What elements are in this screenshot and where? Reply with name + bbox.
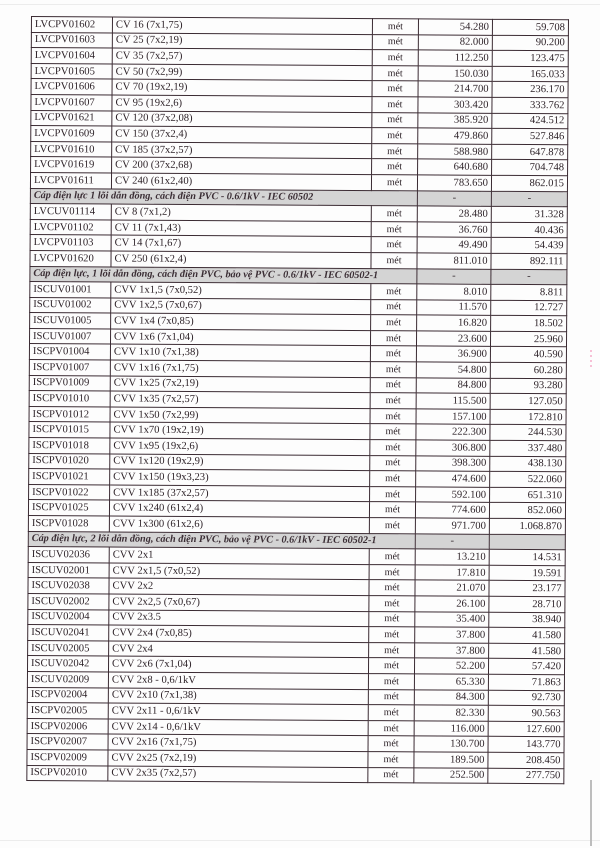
unit: mét — [371, 252, 417, 268]
unit-price-vat: 92.730 — [488, 690, 564, 706]
unit-price-vat: 38.940 — [489, 612, 565, 628]
product-code: ISCPV02005 — [27, 703, 108, 719]
unit-price-vat: 647.878 — [492, 144, 568, 160]
product-code: LVCPV01610 — [31, 141, 112, 157]
product-code: ISCUV02005 — [28, 640, 109, 656]
product-code: ISCPV01025 — [28, 500, 109, 516]
unit-price-vat: 31.328 — [491, 206, 567, 222]
unit-price: 971.700 — [415, 518, 489, 534]
product-code: LVCPV01603 — [31, 32, 112, 48]
product-code: ISCPV01012 — [29, 406, 110, 422]
unit-price-vat: 123.475 — [492, 51, 568, 67]
product-code: ISCPV01020 — [29, 453, 110, 469]
unit-price: 54.280 — [418, 19, 492, 35]
unit: mét — [368, 689, 414, 705]
product-code: ISCPV01010 — [29, 391, 110, 407]
product-description: CVV 1x1,5 (7x0,52) — [111, 282, 371, 299]
product-description: CVV 1x25 (7x2,19) — [110, 376, 370, 393]
unit-price-vat: 527.846 — [492, 128, 568, 144]
product-description: CVV 1x50 (7x2,99) — [110, 407, 370, 424]
product-description: CVV 1x95 (19x2,6) — [110, 438, 370, 455]
product-description: CV 50 (7x2,99) — [112, 64, 372, 81]
unit-price-vat: 438.130 — [490, 456, 566, 472]
unit-price-vat: 172.810 — [490, 409, 566, 425]
unit-price: 37.800 — [415, 643, 489, 659]
product-description: CVV 2x1 — [109, 547, 369, 564]
product-code: ISCPV01009 — [29, 375, 110, 391]
product-code: LVCPV01619 — [31, 157, 112, 173]
product-description: CVV 1x6 (7x1,04) — [110, 329, 370, 346]
product-description: CVV 2x4 — [109, 641, 369, 658]
unit-price: 150.030 — [418, 66, 492, 82]
unit-price-vat: 19.591 — [489, 565, 565, 581]
product-description: CVV 2x6 (7x1,04) — [108, 656, 368, 673]
unit-price: 474.600 — [416, 471, 490, 487]
unit-price: 21.070 — [415, 580, 489, 596]
unit: mét — [372, 159, 418, 175]
unit: mét — [370, 424, 416, 440]
unit: mét — [371, 175, 417, 191]
product-code: ISCUV02009 — [27, 671, 108, 687]
unit: mét — [368, 705, 414, 721]
unit-price: 26.100 — [415, 596, 489, 612]
unit-price-vat: 71.863 — [488, 674, 564, 690]
unit-price: 783.650 — [417, 175, 491, 191]
unit: mét — [370, 471, 416, 487]
unit: mét — [368, 767, 414, 783]
unit: mét — [370, 486, 416, 502]
section-vat-mark — [489, 534, 565, 550]
product-code: ISCUV02041 — [28, 625, 109, 641]
unit-price-vat: 59.708 — [492, 19, 568, 35]
product-code: ISCUV02038 — [28, 578, 109, 594]
unit-price-vat: 90.200 — [492, 35, 568, 51]
product-description: CVV 2x10 (7x1,38) — [108, 688, 368, 705]
unit-price-vat: 14.531 — [489, 549, 565, 565]
unit-price-vat: 236.170 — [492, 82, 568, 98]
unit-price-vat: 244.530 — [490, 425, 566, 441]
product-code: ISCPV01007 — [29, 360, 110, 376]
product-description: CVV 1x120 (19x2,9) — [110, 454, 370, 471]
unit-price-vat: 337.480 — [490, 440, 566, 456]
unit: mét — [371, 206, 417, 222]
product-description: CVV 2x16 (7x1,75) — [108, 734, 368, 751]
product-description: CVV 1x150 (19x3,23) — [110, 469, 370, 486]
unit-price-vat: 18.502 — [491, 316, 567, 332]
unit-price-vat: 143.770 — [488, 737, 564, 753]
product-description: CVV 1x300 (61x2,6) — [109, 516, 369, 533]
unit: mét — [369, 564, 415, 580]
product-code: ISCUV02042 — [27, 656, 108, 672]
unit-price: 28.480 — [417, 206, 491, 222]
unit: mét — [369, 580, 415, 596]
unit-price-vat: 60.280 — [490, 362, 566, 378]
unit-price: 640.680 — [418, 159, 492, 175]
product-description: CVV 1x4 (7x0,85) — [111, 313, 371, 330]
product-code: ISCPV01021 — [29, 469, 110, 485]
unit-price: 214.700 — [418, 81, 492, 97]
unit-price: 115.500 — [416, 393, 490, 409]
unit: mét — [372, 19, 418, 35]
product-description: CVV 2x8 - 0,6/1kV — [108, 672, 368, 689]
unit-price: 16.820 — [417, 315, 491, 331]
product-code: LVCPV01611 — [30, 172, 111, 188]
product-description: CVV 2x1,5 (7x0,52) — [109, 563, 369, 580]
unit-price: 189.500 — [414, 752, 488, 768]
product-code: LVCPV01609 — [31, 126, 112, 142]
section-price-mark: - — [417, 268, 491, 284]
unit-price-vat: 522.060 — [490, 472, 566, 488]
unit-price: 37.800 — [415, 627, 489, 643]
scan-artifact — [590, 780, 592, 846]
unit: mét — [369, 596, 415, 612]
unit-price-vat: 208.450 — [488, 752, 564, 768]
unit: mét — [369, 642, 415, 658]
unit-price: 588.980 — [418, 144, 492, 160]
product-description: CVV 1x35 (7x2,57) — [110, 391, 370, 408]
unit: mét — [372, 34, 418, 50]
unit: mét — [371, 299, 417, 315]
unit-price-vat: 40.590 — [490, 347, 566, 363]
unit: mét — [372, 143, 418, 159]
unit: mét — [370, 330, 416, 346]
unit-price: 592.100 — [416, 487, 490, 503]
unit-price-vat: 127.600 — [488, 721, 564, 737]
price-table-body: LVCPV01602CV 16 (7x1,75)mét54.28059.708L… — [27, 17, 569, 784]
unit: mét — [369, 627, 415, 643]
unit-price: 17.810 — [415, 565, 489, 581]
unit-price-vat: 333.762 — [492, 97, 568, 113]
unit: mét — [370, 393, 416, 409]
unit: mét — [370, 346, 416, 362]
page-top-edge — [0, 4, 600, 5]
product-code: ISCUV01002 — [30, 297, 111, 313]
unit-price-vat: 40.436 — [491, 222, 567, 238]
unit-price-vat: 57.420 — [488, 659, 564, 675]
unit-price-vat: 277.750 — [488, 768, 564, 784]
unit: mét — [368, 658, 414, 674]
unit-price: 306.800 — [416, 440, 490, 456]
product-description: CVV 2x4 (7x0,85) — [109, 625, 369, 642]
unit: mét — [372, 128, 418, 144]
unit: mét — [372, 81, 418, 97]
product-code: LVCPV01606 — [31, 79, 112, 95]
product-description: CV 8 (7x1,2) — [111, 204, 371, 221]
product-code: LVCPV01621 — [31, 110, 112, 126]
unit-price: 774.600 — [415, 502, 489, 518]
table-row: ISCPV02010CVV 2x35 (7x2,57)mét252.500277… — [27, 765, 564, 784]
product-description: CVV 2x25 (7x2,19) — [108, 750, 368, 767]
product-code: ISCPV02006 — [27, 718, 108, 734]
product-code: ISCUV01001 — [30, 282, 111, 298]
product-code: LVCPV01102 — [30, 219, 111, 235]
unit-price: 65.330 — [414, 674, 488, 690]
product-code: ISCPV02004 — [27, 687, 108, 703]
unit-price-vat: 12.727 — [491, 300, 567, 316]
unit-price-vat: 28.710 — [489, 596, 565, 612]
unit-price-vat: 23.177 — [489, 581, 565, 597]
product-description: CVV 2x2 — [109, 578, 369, 595]
unit-price: 157.100 — [416, 409, 490, 425]
unit-price: 54.800 — [416, 362, 490, 378]
unit: mét — [371, 284, 417, 300]
product-description: CVV 1x240 (61x2,4) — [109, 500, 369, 517]
unit-price: 11.570 — [417, 300, 491, 316]
product-description: CV 14 (7x1,67) — [111, 235, 371, 252]
product-description: CV 70 (19x2,19) — [112, 79, 372, 96]
unit-price-vat: 8.811 — [491, 284, 567, 300]
unit: mét — [371, 221, 417, 237]
unit-price: 82.330 — [414, 705, 488, 721]
product-description: CV 150 (37x2,4) — [112, 126, 372, 143]
unit: mét — [369, 502, 415, 518]
section-vat-mark: - — [491, 269, 567, 285]
product-description: CVV 2x14 - 0,6/1kV — [108, 719, 368, 736]
unit-price-vat: 892.111 — [491, 253, 567, 269]
product-code: ISCPV02007 — [27, 734, 108, 750]
section-price-mark: - — [417, 190, 491, 206]
page-bottom-edge — [0, 840, 600, 841]
product-code: ISCUV02001 — [28, 562, 109, 578]
product-description: CV 35 (7x2,57) — [112, 48, 372, 65]
product-description: CV 120 (37x2,08) — [112, 111, 372, 128]
unit-price: 252.500 — [414, 767, 488, 783]
product-code: LVCPV01103 — [30, 235, 111, 251]
product-code: ISCPV02010 — [27, 765, 108, 781]
product-description: CV 250 (61x2,4) — [111, 251, 371, 268]
scan-artifact — [590, 350, 592, 370]
unit-price: 479.860 — [418, 128, 492, 144]
product-code: ISCPV01028 — [28, 515, 109, 531]
product-description: CVV 1x185 (37x2,57) — [110, 485, 370, 502]
unit-price-vat: 424.512 — [492, 113, 568, 129]
product-code: LVCPV01604 — [31, 48, 112, 64]
unit-price: 398.300 — [416, 455, 490, 471]
unit-price: 84.300 — [414, 689, 488, 705]
product-description: CV 25 (7x2,19) — [112, 33, 372, 50]
unit-price: 84.800 — [416, 378, 490, 394]
product-code: ISCUV02036 — [28, 547, 109, 563]
product-description: CVV 2x2,5 (7x0,67) — [109, 594, 369, 611]
unit-price-vat: 93.280 — [490, 378, 566, 394]
unit: mét — [368, 751, 414, 767]
unit-price-vat: 41.580 — [489, 627, 565, 643]
unit: mét — [371, 237, 417, 253]
unit: mét — [368, 720, 414, 736]
product-code: ISCUV01007 — [29, 328, 110, 344]
unit: mét — [370, 408, 416, 424]
product-code: LVCUV01114 — [30, 204, 111, 220]
unit-price-vat: 852.060 — [489, 503, 565, 519]
unit-price: 130.700 — [414, 736, 488, 752]
product-code: ISCUV02002 — [28, 593, 109, 609]
section-price-mark: - — [415, 533, 489, 549]
unit-price: 303.420 — [418, 97, 492, 113]
product-code: LVCPV01620 — [30, 250, 111, 266]
unit-price: 8.010 — [417, 284, 491, 300]
product-description: CVV 2x35 (7x2,57) — [108, 765, 368, 782]
product-description: CV 16 (7x1,75) — [112, 17, 372, 34]
product-description: CVV 2x11 - 0,6/1kV — [108, 703, 368, 720]
unit-price: 49.490 — [417, 237, 491, 253]
unit-price: 385.920 — [418, 112, 492, 128]
unit-price: 82.000 — [418, 34, 492, 50]
product-description: CVV 1x10 (7x1,38) — [110, 344, 370, 361]
product-description: CV 11 (7x1,43) — [111, 220, 371, 237]
unit: mét — [370, 377, 416, 393]
product-code: LVCPV01605 — [31, 63, 112, 79]
product-description: CV 95 (19x2,6) — [112, 95, 372, 112]
unit: mét — [369, 518, 415, 534]
product-description: CV 200 (37x2,68) — [112, 157, 372, 174]
product-description: CVV 2x3.5 — [109, 610, 369, 627]
product-code: LVCPV01607 — [31, 94, 112, 110]
unit: mét — [372, 112, 418, 128]
unit-price-vat: 651.310 — [490, 487, 566, 503]
unit: mét — [371, 315, 417, 331]
unit-price: 52.200 — [414, 658, 488, 674]
product-description: CV 240 (61x2,40) — [111, 173, 371, 190]
unit-price: 811.010 — [417, 253, 491, 269]
unit: mét — [370, 440, 416, 456]
product-code: ISCPV02009 — [27, 749, 108, 765]
unit: mét — [368, 674, 414, 690]
unit-price-vat: 862.015 — [491, 175, 567, 191]
product-code: LVCPV01602 — [31, 17, 112, 33]
unit-price-vat: 127.050 — [490, 394, 566, 410]
unit-price: 36.900 — [416, 346, 490, 362]
unit: mét — [372, 97, 418, 113]
unit-price-vat: 704.748 — [492, 160, 568, 176]
unit-price: 112.250 — [418, 50, 492, 66]
unit-price: 116.000 — [414, 721, 488, 737]
unit: mét — [369, 611, 415, 627]
unit-price: 36.760 — [417, 222, 491, 238]
product-code: ISCUV01005 — [30, 313, 111, 329]
unit-price: 13.210 — [415, 549, 489, 565]
unit-price-vat: 90.563 — [488, 705, 564, 721]
product-code: ISCUV02004 — [28, 609, 109, 625]
unit-price-vat: 165.033 — [492, 66, 568, 82]
product-code: ISCPV01004 — [29, 344, 110, 360]
unit: mét — [369, 549, 415, 565]
unit-price-vat: 41.580 — [489, 643, 565, 659]
product-description: CVV 1x2,5 (7x0,67) — [111, 298, 371, 315]
product-code: ISCPV01015 — [29, 422, 110, 438]
product-description: CVV 1x70 (19x2,19) — [110, 422, 370, 439]
unit-price: 35.400 — [415, 611, 489, 627]
unit: mét — [372, 65, 418, 81]
product-description: CVV 1x16 (7x1,75) — [110, 360, 370, 377]
product-description: CV 185 (37x2,57) — [112, 142, 372, 159]
unit-price: 222.300 — [416, 424, 490, 440]
unit-price-vat: 1.068.870 — [489, 518, 565, 534]
unit-price-vat: 25.960 — [490, 331, 566, 347]
section-vat-mark: - — [491, 191, 567, 207]
unit: mét — [368, 736, 414, 752]
product-code: ISCPV01022 — [29, 484, 110, 500]
unit-price-vat: 54.439 — [491, 238, 567, 254]
product-code: ISCPV01018 — [29, 438, 110, 454]
unit: mét — [370, 455, 416, 471]
unit-price: 23.600 — [416, 331, 490, 347]
unit: mét — [370, 362, 416, 378]
unit: mét — [372, 50, 418, 66]
cable-price-table: LVCPV01602CV 16 (7x1,75)mét54.28059.708L… — [26, 16, 569, 784]
